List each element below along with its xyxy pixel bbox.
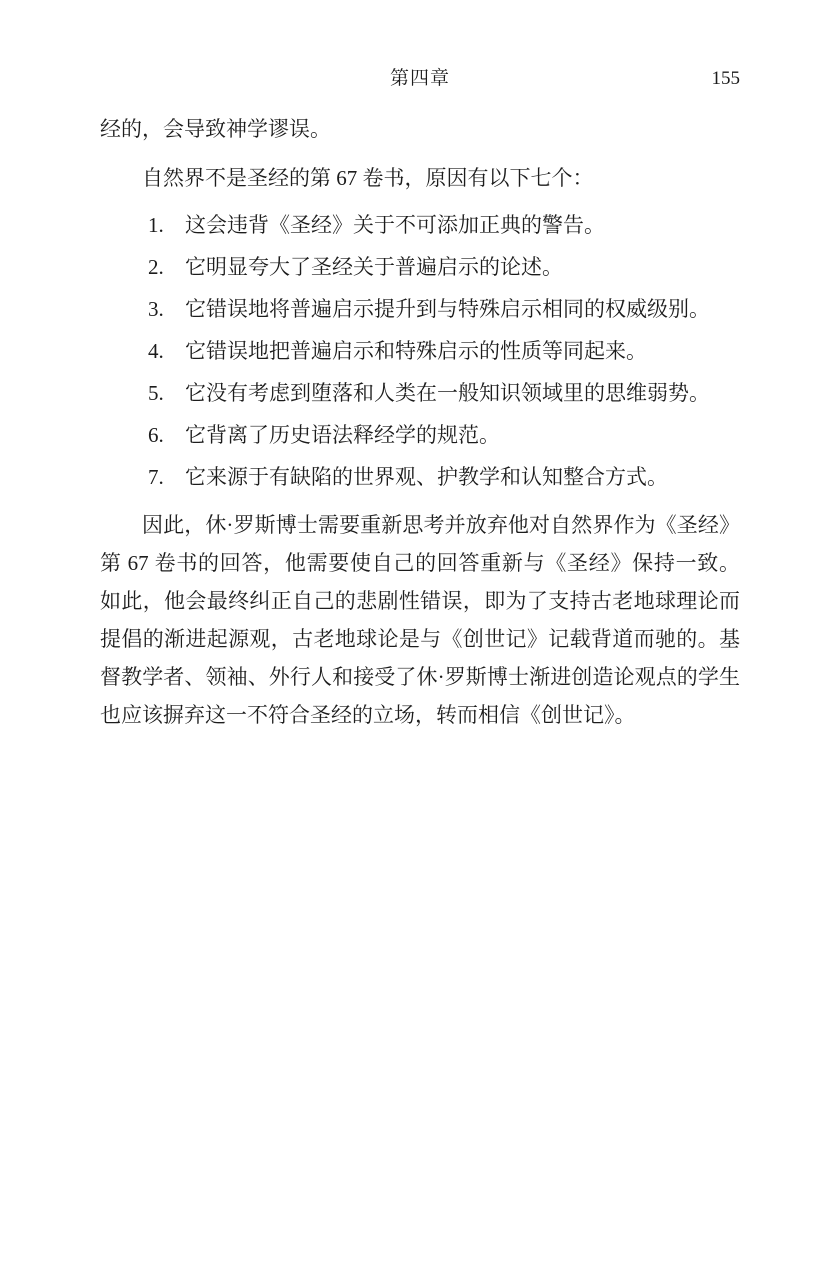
list-item: 3. 它错误地将普遍启示提升到与特殊启示相同的权威级别。	[100, 290, 740, 328]
list-item-text: 这会违背《圣经》关于不可添加正典的警告。	[185, 206, 740, 244]
list-item-text: 它错误地把普遍启示和特殊启示的性质等同起来。	[185, 332, 740, 370]
list-item-number: 5.	[148, 374, 185, 412]
list-item: 2. 它明显夸大了圣经关于普遍启示的论述。	[100, 248, 740, 286]
page-number: 155	[712, 66, 741, 92]
text-block: 第四章 155 经的，会导致神学谬误。 自然界不是圣经的第 67 卷书，原因有以…	[100, 66, 740, 734]
list-item-text: 它来源于有缺陷的世界观、护教学和认知整合方式。	[185, 458, 740, 496]
list-item-number: 1.	[148, 206, 185, 244]
list-item: 6. 它背离了历史语法释经学的规范。	[100, 416, 740, 454]
list-item-text: 它没有考虑到堕落和人类在一般知识领域里的思维弱势。	[185, 374, 740, 412]
paragraph-intro: 自然界不是圣经的第 67 卷书，原因有以下七个：	[100, 159, 740, 197]
list-item-number: 3.	[148, 290, 185, 328]
paragraph-continuation: 经的，会导致神学谬误。	[100, 110, 740, 148]
page-content: 经的，会导致神学谬误。 自然界不是圣经的第 67 卷书，原因有以下七个： 1. …	[100, 110, 740, 734]
list-item-number: 6.	[148, 416, 185, 454]
list-item-number: 7.	[148, 458, 185, 496]
list-item: 5. 它没有考虑到堕落和人类在一般知识领域里的思维弱势。	[100, 374, 740, 412]
list-item-text: 它明显夸大了圣经关于普遍启示的论述。	[185, 248, 740, 286]
running-header: 第四章 155	[100, 66, 740, 92]
list-item-number: 2.	[148, 248, 185, 286]
reasons-list: 1. 这会违背《圣经》关于不可添加正典的警告。 2. 它明显夸大了圣经关于普遍启…	[100, 206, 740, 496]
paragraph-closing: 因此，休·罗斯博士需要重新思考并放弃他对自然界作为《圣经》第 67 卷书的回答，…	[100, 506, 740, 734]
list-item-number: 4.	[148, 332, 185, 370]
list-item: 4. 它错误地把普遍启示和特殊启示的性质等同起来。	[100, 332, 740, 370]
list-item-text: 它错误地将普遍启示提升到与特殊启示相同的权威级别。	[185, 290, 740, 328]
list-item: 1. 这会违背《圣经》关于不可添加正典的警告。	[100, 206, 740, 244]
list-item: 7. 它来源于有缺陷的世界观、护教学和认知整合方式。	[100, 458, 740, 496]
book-page: 第四章 155 经的，会导致神学谬误。 自然界不是圣经的第 67 卷书，原因有以…	[0, 0, 827, 1270]
list-item-text: 它背离了历史语法释经学的规范。	[185, 416, 740, 454]
chapter-title: 第四章	[100, 66, 740, 92]
